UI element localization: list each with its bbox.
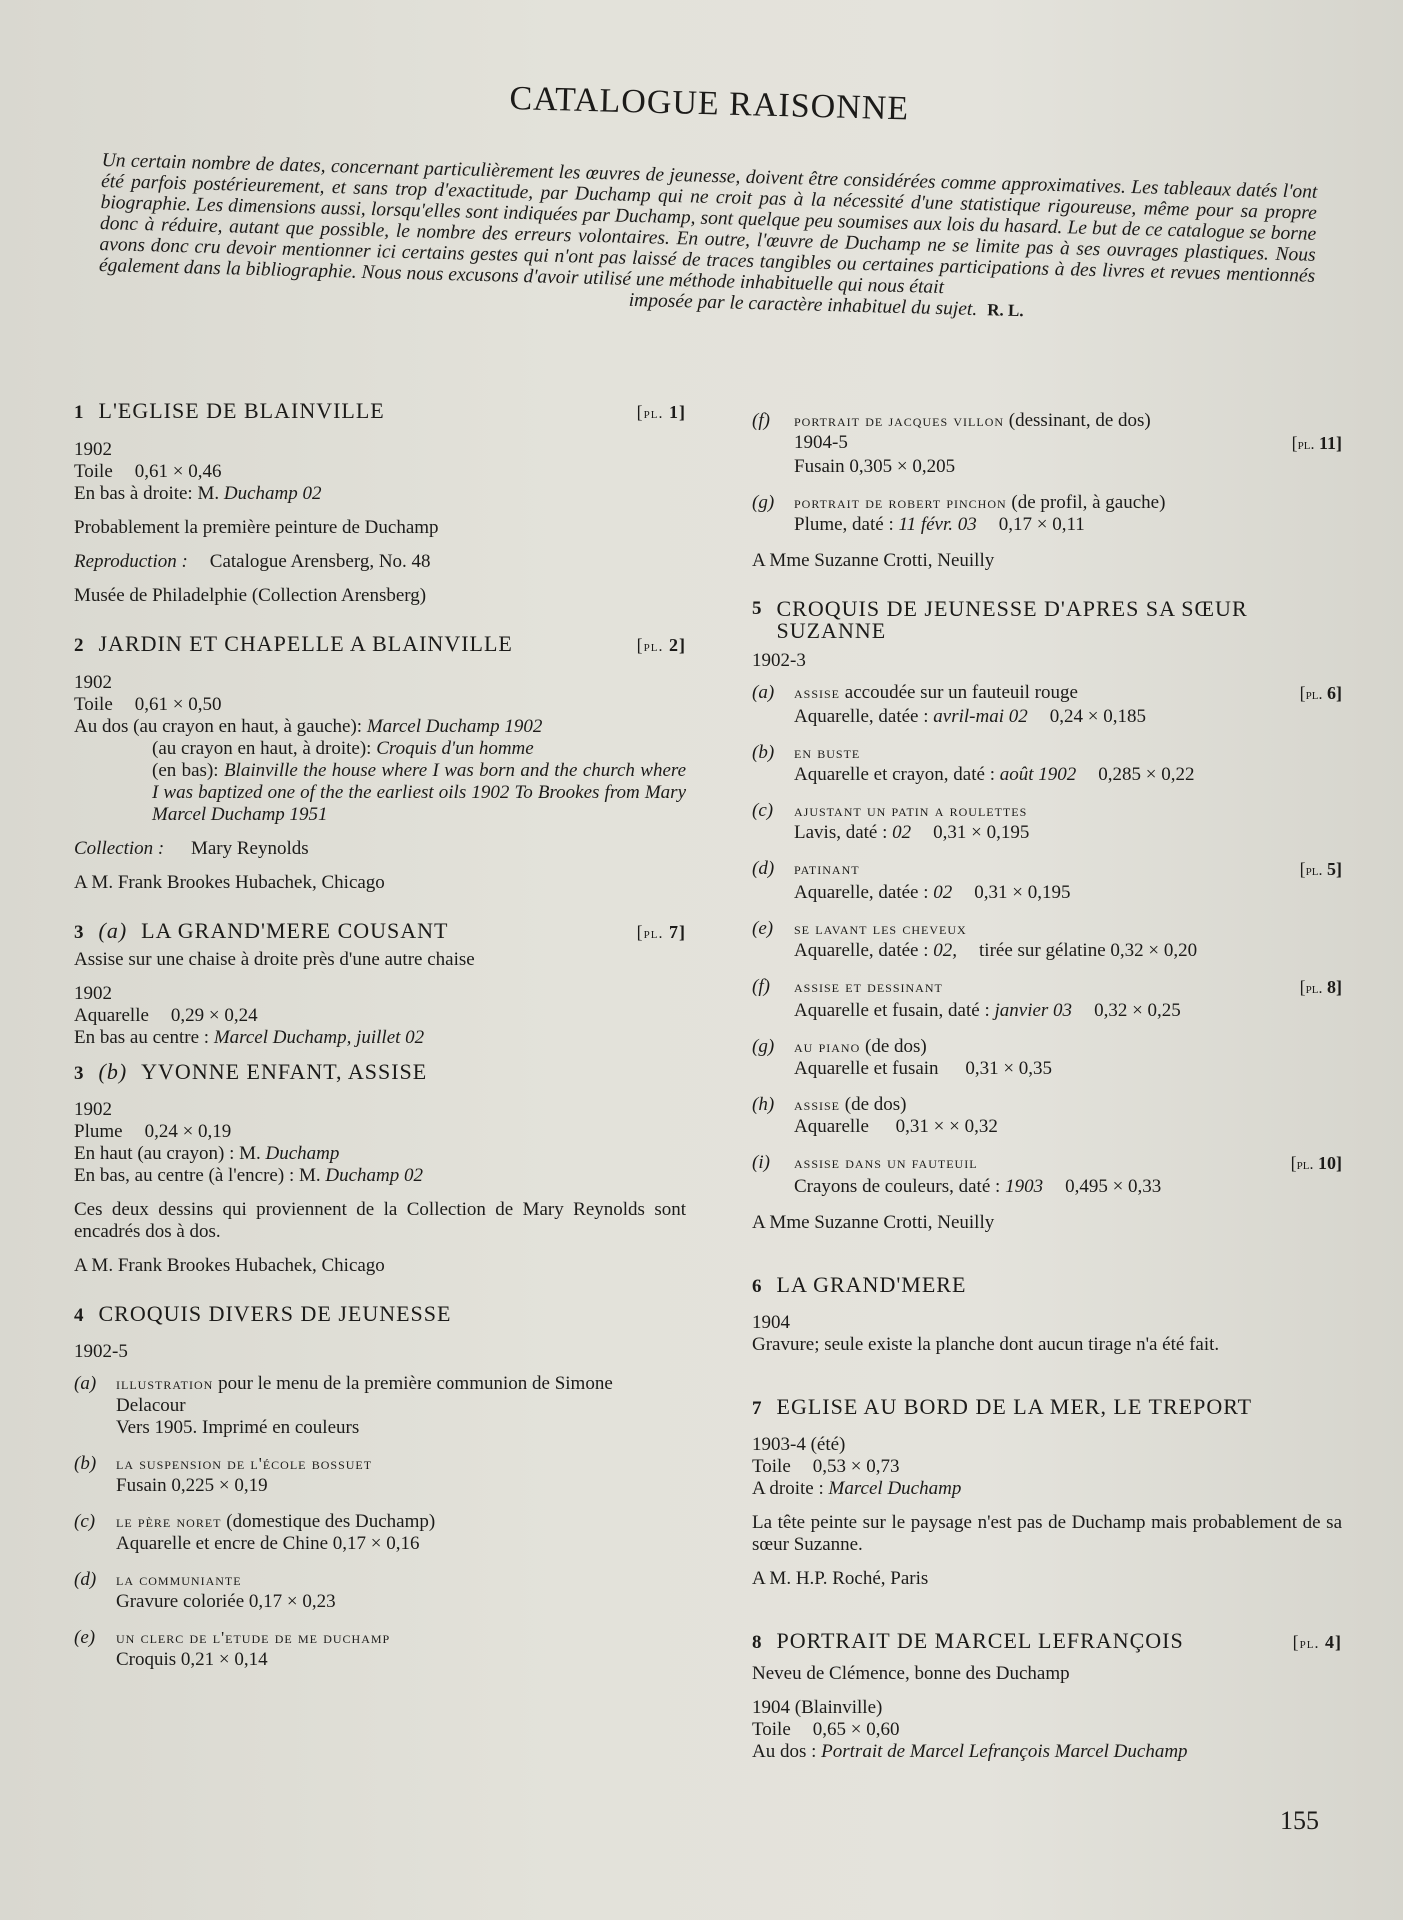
entry-title: YVONNE ENFANT, ASSISE <box>141 1059 427 1084</box>
entry-dimensions: 0,53 × 0,73 <box>813 1456 900 1477</box>
entry-inscription: Au dos : Portrait de Marcel Lefrançois M… <box>752 1741 1342 1763</box>
sub-item-body: SE LAVANT LES CHEVEUX Aquarelle, datée :… <box>794 918 1342 962</box>
detail-medium: Aquarelle et fusain <box>794 1058 939 1079</box>
sub-item: (c)LE PÈRE NORET (domestique des Duchamp… <box>74 1511 686 1555</box>
sub-item-list: (a)ASSISE accoudée sur un fauteuil rouge… <box>752 682 1342 1198</box>
sub-item-body: AJUSTANT UN PATIN A ROULETTES Lavis, dat… <box>794 800 1342 844</box>
catalogue-entry-2: 2JARDIN ET CHAPELLE A BLAINVILLE [pl. 2]… <box>74 633 686 894</box>
entry-medium: Toile <box>752 1719 791 1740</box>
sub-item-label: (d) <box>74 1569 116 1613</box>
sub-item-title-text: EN BUSTE <box>794 742 860 764</box>
sub-item-body: ILLUSTRATION pour le menu de la première… <box>116 1373 686 1439</box>
plate-reference: [pl. 5] <box>1300 858 1342 882</box>
detail-medium: Aquarelle, datée : <box>794 706 929 727</box>
entry-inscription: En bas, au centre (à l'encre) : M. Ducha… <box>74 1165 686 1187</box>
detail-medium: Plume, daté : <box>794 514 894 535</box>
sub-item-label: (g) <box>752 1036 794 1080</box>
entry-owner: A M. H.P. Roché, Paris <box>752 1568 1342 1590</box>
sub-item-title-caps: ASSISE DANS UN FAUTEUIL <box>794 1153 978 1172</box>
entry-date: 1903-4 (été) <box>752 1434 1342 1456</box>
entry-inscription: En bas au centre : Marcel Duchamp, juill… <box>74 1027 686 1049</box>
sub-item-title-rest: accoudée sur un fauteuil rouge <box>845 682 1078 703</box>
sub-item-body: LE PÈRE NORET (domestique des Duchamp)Aq… <box>116 1511 686 1555</box>
sub-item-title-caps: PORTRAIT DE JACQUES VILLON <box>794 411 1004 430</box>
entry-owner: A M. Frank Brookes Hubachek, Chicago <box>74 872 686 894</box>
sub-item-label: (e) <box>752 918 794 962</box>
catalogue-entry-6: 6LA GRAND'MERE 1904 Gravure; seule exist… <box>752 1274 1342 1356</box>
sub-item-title-caps: ASSISE <box>794 1095 840 1114</box>
catalogue-entry-3a: 3(a)LA GRAND'MERE COUSANT [pl. 7] Assise… <box>74 920 686 1049</box>
sub-item-title: LE PÈRE NORET (domestique des Duchamp) <box>116 1511 686 1533</box>
entry-title: CROQUIS DE JEUNESSE D'APRES SA SŒUR SUZA… <box>777 598 1343 642</box>
plate-label: pl. <box>1306 686 1323 703</box>
entry-number: 3 <box>74 922 85 943</box>
catalogue-entry-8: 8PORTRAIT DE MARCEL LEFRANÇOIS [pl. 4] N… <box>752 1630 1342 1763</box>
sub-item-body: LA SUSPENSION DE L'ÉCOLE BOSSUET Fusain … <box>116 1453 686 1497</box>
sub-item: (d)LA COMMUNIANTE Gravure coloriée 0,17 … <box>74 1569 686 1613</box>
sub-item-title-text: ASSISE (de dos) <box>794 1094 907 1116</box>
detail-dimensions: 0,24 × 0,185 <box>1050 706 1146 727</box>
entry-number: 8 <box>752 1632 763 1653</box>
entry-date: 1902 <box>74 672 686 694</box>
sub-item-detail: Aquarelle et fusain 0,31 × 0,35 <box>794 1058 1342 1080</box>
sub-item-title-rest: (de dos) <box>845 1094 907 1115</box>
entry-dimensions: 0,24 × 0,19 <box>145 1121 232 1142</box>
sub-item-detail: Aquarelle, datée : 020,31 × 0,195 <box>794 882 1342 904</box>
sub-item: (f)ASSISE ET DESSINANT [pl. 8]Aquarelle … <box>752 976 1342 1022</box>
detail-date: 11 févr. 03 <box>898 514 976 535</box>
plate-label: pl. <box>1297 1156 1314 1173</box>
entry-date: 1904 <box>752 1312 1342 1334</box>
sub-item: (f)PORTRAIT DE JACQUES VILLON (dessinant… <box>752 410 1342 478</box>
detail-medium: Crayons de couleurs, daté : <box>794 1176 1000 1197</box>
entry-date: 1902-5 <box>74 1341 686 1363</box>
plate-reference: [pl. 6] <box>1300 682 1342 706</box>
detail-date: 1903 <box>1005 1176 1043 1197</box>
sub-item-detail: Aquarelle et fusain, daté : janvier 030,… <box>794 1000 1342 1022</box>
sub-item-title-caps: SE LAVANT LES CHEVEUX <box>794 919 967 938</box>
entry-title: JARDIN ET CHAPELLE A BLAINVILLE <box>99 631 513 656</box>
sub-item-label: (c) <box>752 800 794 844</box>
sub-item-title-text: ASSISE ET DESSINANT <box>794 976 943 1000</box>
sub-item: (c)AJUSTANT UN PATIN A ROULETTES Lavis, … <box>752 800 1342 844</box>
detail-dimensions: 0,17 × 0,11 <box>999 514 1085 535</box>
entry-inscription: En bas à droite: M. Duchamp 02 <box>74 483 686 505</box>
sub-item-body: PORTRAIT DE ROBERT PINCHON (de profil, à… <box>794 492 1342 536</box>
entry-title: PORTRAIT DE MARCEL LEFRANÇOIS <box>777 1628 1184 1653</box>
detail-dimensions: 0,31 × 0,195 <box>974 882 1070 903</box>
entry-reproduction: Reproduction :Catalogue Arensberg, No. 4… <box>74 551 686 573</box>
sub-item-title-text: AU PIANO (de dos) <box>794 1036 927 1058</box>
entry-dimensions: 0,61 × 0,46 <box>135 461 222 482</box>
entry-title: LA GRAND'MERE <box>777 1272 967 1297</box>
sub-item-label: (h) <box>752 1094 794 1138</box>
sub-item-body: AU PIANO (de dos)Aquarelle et fusain 0,3… <box>794 1036 1342 1080</box>
sub-item-title-caps: LA SUSPENSION DE L'ÉCOLE BOSSUET <box>116 1454 372 1473</box>
entry-medium: Toile <box>74 461 113 482</box>
entry-medium: Plume <box>74 1121 123 1142</box>
sub-item-body: UN CLERC DE L'ETUDE DE Me DUCHAMP Croqui… <box>116 1627 686 1671</box>
sub-item-body: PORTRAIT DE JACQUES VILLON (dessinant, d… <box>794 410 1342 478</box>
sub-item-title-rest: (de dos) <box>865 1036 927 1057</box>
entry-number: 1 <box>74 402 85 423</box>
sub-item-date-row: 1904-5[pl. 11] <box>794 432 1342 456</box>
detail-date: 02, <box>933 940 957 961</box>
sub-item-title-caps: ASSISE <box>794 683 840 702</box>
sub-item: (h)ASSISE (de dos)Aquarelle 0,31 × × 0,3… <box>752 1094 1342 1138</box>
sub-item-title: PATINANT [pl. 5] <box>794 858 1342 882</box>
detail-date: 02 <box>892 822 911 843</box>
detail-date: août 1902 <box>1000 764 1077 785</box>
sub-item-label: (g) <box>752 492 794 536</box>
entry-note: Gravure; seule existe la planche dont au… <box>752 1334 1342 1356</box>
entry-back-inscription: Au dos (au crayon en haut, à gauche): Ma… <box>74 716 686 826</box>
plate-number: 8] <box>1327 977 1342 997</box>
catalogue-entry-7: 7EGLISE AU BORD DE LA MER, LE TREPORT 19… <box>752 1396 1342 1590</box>
sub-item-detail: Fusain 0,305 × 0,205 <box>794 456 1342 478</box>
sub-item-title-caps: LE PÈRE NORET <box>116 1512 222 1531</box>
sub-item-title-rest: (dessinant, de dos) <box>1009 410 1151 431</box>
plate-number: 10] <box>1318 1153 1342 1173</box>
plate-number: 5] <box>1327 859 1342 879</box>
intro-signature: R. L. <box>987 300 1024 320</box>
sub-item-date: 1904-5 <box>794 432 848 456</box>
sub-item-detail: Aquarelle et encre de Chine 0,17 × 0,16 <box>116 1533 686 1555</box>
catalogue-entry-5: 5CROQUIS DE JEUNESSE D'APRES SA SŒUR SUZ… <box>752 598 1342 1234</box>
sub-item-title-caps: ILLUSTRATION <box>116 1374 213 1393</box>
entry-description: Assise sur une chaise à droite près d'un… <box>74 949 686 971</box>
plate-reference: [pl. 2] <box>637 634 686 658</box>
sub-item-title-caps: PATINANT <box>794 859 860 878</box>
entry-title: CROQUIS DIVERS DE JEUNESSE <box>99 1301 452 1326</box>
entry-date: 1902-3 <box>752 650 1342 672</box>
detail-dimensions: 0,31 × 0,35 <box>965 1058 1052 1079</box>
plate-number: 6] <box>1327 683 1342 703</box>
sub-item-title-caps: EN BUSTE <box>794 743 860 762</box>
sub-item: (b)EN BUSTE Aquarelle et crayon, daté : … <box>752 742 1342 786</box>
left-column: 1L'EGLISE DE BLAINVILLE [pl. 1] 1902 Toi… <box>74 400 686 1697</box>
detail-date: janvier 03 <box>994 1000 1072 1021</box>
sub-item-body: ASSISE accoudée sur un fauteuil rouge[pl… <box>794 682 1342 728</box>
entry-owner: A M. Frank Brookes Hubachek, Chicago <box>74 1255 686 1277</box>
sub-item-title-caps: AU PIANO <box>794 1037 860 1056</box>
entry-date: 1904 (Blainville) <box>752 1697 1342 1719</box>
sub-item-detail: Gravure coloriée 0,17 × 0,23 <box>116 1591 686 1613</box>
detail-medium: Aquarelle, datée : <box>794 940 929 961</box>
sub-item: (e)SE LAVANT LES CHEVEUX Aquarelle, daté… <box>752 918 1342 962</box>
plate-label: pl. <box>1306 980 1323 997</box>
sub-item: (i)ASSISE DANS UN FAUTEUIL [pl. 10]Crayo… <box>752 1152 1342 1198</box>
plate-reference: [pl. 7] <box>637 921 686 945</box>
page-title: CATALOGUE RAISONNE <box>509 80 910 128</box>
entry-number: 7 <box>752 1398 763 1419</box>
sub-item-title: SE LAVANT LES CHEVEUX <box>794 918 1342 940</box>
sub-item-detail: Croquis 0,21 × 0,14 <box>116 1649 686 1671</box>
sub-item-title: UN CLERC DE L'ETUDE DE Me DUCHAMP <box>116 1627 686 1649</box>
sub-item: (a)ASSISE accoudée sur un fauteuil rouge… <box>752 682 1342 728</box>
entry-note: Ces deux dessins qui proviennent de la C… <box>74 1199 686 1243</box>
detail-dimensions: 0,285 × 0,22 <box>1098 764 1194 785</box>
sub-item-title-rest: (domestique des Duchamp) <box>226 1511 435 1532</box>
sub-item-title-text: ASSISE DANS UN FAUTEUIL <box>794 1152 978 1176</box>
sub-item-body: EN BUSTE Aquarelle et crayon, daté : aoû… <box>794 742 1342 786</box>
sub-item: (g)AU PIANO (de dos)Aquarelle et fusain … <box>752 1036 1342 1080</box>
detail-medium: Aquarelle et crayon, daté : <box>794 764 995 785</box>
entry-date: 1902 <box>74 439 686 461</box>
sub-item: (g)PORTRAIT DE ROBERT PINCHON (de profil… <box>752 492 1342 536</box>
detail-medium: Aquarelle et fusain, daté : <box>794 1000 990 1021</box>
right-column: (f)PORTRAIT DE JACQUES VILLON (dessinant… <box>752 410 1342 1789</box>
plate-reference: [pl. 4] <box>1293 1631 1342 1655</box>
sub-item-title-text: AJUSTANT UN PATIN A ROULETTES <box>794 800 1027 822</box>
intro-text: Un certain nombre de dates, concernant p… <box>99 150 1318 298</box>
sub-item-label: (e) <box>74 1627 116 1671</box>
detail-date: avril-mai 02 <box>933 706 1027 727</box>
page-number: 155 <box>1280 1806 1319 1836</box>
entry-owner: A Mme Suzanne Crotti, Neuilly <box>752 1212 1342 1234</box>
entry-dimensions: 0,29 × 0,24 <box>171 1005 258 1026</box>
sub-item-title-caps: ASSISE ET DESSINANT <box>794 977 943 996</box>
entry-dimensions: 0,61 × 0,50 <box>135 694 222 715</box>
entry-inscription: En haut (au crayon) : M. Duchamp <box>74 1143 686 1165</box>
plate-reference: [pl. 1] <box>637 401 686 425</box>
entry-medium: Aquarelle <box>74 1005 149 1026</box>
sub-item-title: AU PIANO (de dos) <box>794 1036 1342 1058</box>
plate-reference: [pl. 8] <box>1300 976 1342 1000</box>
detail-date: 02 <box>933 882 952 903</box>
entry-note: La tête peinte sur le paysage n'est pas … <box>752 1512 1342 1556</box>
plate-reference: [pl. 10] <box>1291 1152 1342 1176</box>
entry-title: EGLISE AU BORD DE LA MER, LE TREPORT <box>777 1394 1253 1419</box>
entry-owner: A Mme Suzanne Crotti, Neuilly <box>752 550 1342 572</box>
sub-item-list: (a)ILLUSTRATION pour le menu de la premi… <box>74 1373 686 1671</box>
plate-reference: [pl. 11] <box>1292 432 1342 456</box>
sub-item-title: ASSISE (de dos) <box>794 1094 1342 1116</box>
sub-item-label: (d) <box>752 858 794 904</box>
detail-dimensions: 0,31 × 0,195 <box>933 822 1029 843</box>
entry-medium: Toile <box>74 694 113 715</box>
sub-item-body: ASSISE (de dos)Aquarelle 0,31 × × 0,32 <box>794 1094 1342 1138</box>
catalogue-entry-3b: 3(b)YVONNE ENFANT, ASSISE 1902 Plume0,24… <box>74 1061 686 1277</box>
sub-item-title: PORTRAIT DE ROBERT PINCHON (de profil, à… <box>794 492 1342 514</box>
sub-item-detail: Crayons de couleurs, daté : 19030,495 × … <box>794 1176 1342 1198</box>
entry-inscription: A droite : Marcel Duchamp <box>752 1478 1342 1500</box>
sub-item-title: PORTRAIT DE JACQUES VILLON (dessinant, d… <box>794 410 1342 432</box>
sub-item-title-text: ASSISE accoudée sur un fauteuil rouge <box>794 682 1078 706</box>
detail-dimensions: 0,495 × 0,33 <box>1065 1176 1161 1197</box>
sub-item-title-caps: PORTRAIT DE ROBERT PINCHON <box>794 493 1007 512</box>
intro-paragraph: Un certain nombre de dates, concernant p… <box>98 150 1317 329</box>
sub-item: (d)PATINANT [pl. 5]Aquarelle, datée : 02… <box>752 858 1342 904</box>
sub-item-detail: Aquarelle, datée : avril-mai 020,24 × 0,… <box>794 706 1342 728</box>
detail-dimensions: 0,31 × × 0,32 <box>896 1116 998 1137</box>
catalogue-entry-1: 1L'EGLISE DE BLAINVILLE [pl. 1] 1902 Toi… <box>74 400 686 607</box>
sub-item-title-caps: AJUSTANT UN PATIN A ROULETTES <box>794 801 1027 820</box>
sub-item: (e)UN CLERC DE L'ETUDE DE Me DUCHAMP Cro… <box>74 1627 686 1671</box>
entry-number: 3 <box>74 1063 85 1084</box>
plate-label: pl. <box>1306 862 1323 879</box>
entry-title: L'EGLISE DE BLAINVILLE <box>99 398 385 423</box>
sub-item: (a)ILLUSTRATION pour le menu de la premi… <box>74 1373 686 1439</box>
sub-item-label: (i) <box>752 1152 794 1198</box>
sub-item-body: ASSISE DANS UN FAUTEUIL [pl. 10]Crayons … <box>794 1152 1342 1198</box>
sub-item-detail: Lavis, daté : 020,31 × 0,195 <box>794 822 1342 844</box>
sub-item-title: ASSISE DANS UN FAUTEUIL [pl. 10] <box>794 1152 1342 1176</box>
sub-item-title: LA SUSPENSION DE L'ÉCOLE BOSSUET <box>116 1453 686 1475</box>
entry-date: 1902 <box>74 1099 686 1121</box>
entry-owner: Musée de Philadelphie (Collection Arensb… <box>74 585 686 607</box>
entry-note: Probablement la première peinture de Duc… <box>74 517 686 539</box>
sub-item-title-rest: (de profil, à gauche) <box>1011 492 1165 513</box>
detail-dimensions: tirée sur gélatine 0,32 × 0,20 <box>979 940 1197 961</box>
entry-dimensions: 0,65 × 0,60 <box>813 1719 900 1740</box>
sub-item-title: EN BUSTE <box>794 742 1342 764</box>
sub-item-label: (f) <box>752 976 794 1022</box>
entry-title: LA GRAND'MERE COUSANT <box>141 918 448 943</box>
sub-item-label: (f) <box>752 410 794 478</box>
detail-medium: Aquarelle <box>794 1116 869 1137</box>
sub-item-label: (c) <box>74 1511 116 1555</box>
sub-item-title: LA COMMUNIANTE <box>116 1569 686 1591</box>
sub-item-detail: Fusain 0,225 × 0,19 <box>116 1475 686 1497</box>
sub-item-label: (b) <box>74 1453 116 1497</box>
sub-item-title: ILLUSTRATION pour le menu de la première… <box>116 1373 686 1417</box>
entry-number: 2 <box>74 635 85 656</box>
sub-item-title-caps: UN CLERC DE L'ETUDE DE Me DUCHAMP <box>116 1628 390 1647</box>
detail-medium: Lavis, daté : <box>794 822 887 843</box>
sub-item-label: (a) <box>752 682 794 728</box>
entry-collection: Collection : Mary Reynolds <box>74 838 686 860</box>
detail-medium: Aquarelle, datée : <box>794 882 929 903</box>
book-page: CATALOGUE RAISONNE Un certain nombre de … <box>0 0 1403 1920</box>
plate-number: 11] <box>1319 433 1342 453</box>
sub-item-detail: Aquarelle et crayon, daté : août 19020,2… <box>794 764 1342 786</box>
sub-item-label: (a) <box>74 1373 116 1439</box>
sub-item-title: AJUSTANT UN PATIN A ROULETTES <box>794 800 1342 822</box>
sub-item-body: ASSISE ET DESSINANT [pl. 8]Aquarelle et … <box>794 976 1342 1022</box>
sub-item-title: ASSISE ET DESSINANT [pl. 8] <box>794 976 1342 1000</box>
sub-item-detail: Plume, daté : 11 févr. 030,17 × 0,11 <box>794 514 1342 536</box>
entry-date: 1902 <box>74 983 686 1005</box>
sub-item-body: PATINANT [pl. 5]Aquarelle, datée : 020,3… <box>794 858 1342 904</box>
sub-item-title: ASSISE accoudée sur un fauteuil rouge[pl… <box>794 682 1342 706</box>
sub-item-title-caps: LA COMMUNIANTE <box>116 1570 242 1589</box>
entry-description: Neveu de Clémence, bonne des Duchamp <box>752 1663 1342 1685</box>
detail-dimensions: 0,32 × 0,25 <box>1094 1000 1181 1021</box>
catalogue-entry-4-continued: (f)PORTRAIT DE JACQUES VILLON (dessinant… <box>752 410 1342 572</box>
sub-item-label: (b) <box>752 742 794 786</box>
sub-item-detail: Aquarelle 0,31 × × 0,32 <box>794 1116 1342 1138</box>
catalogue-entry-4: 4CROQUIS DIVERS DE JEUNESSE 1902-5 (a)IL… <box>74 1303 686 1671</box>
entry-number: 4 <box>74 1305 85 1326</box>
sub-item-list: (f)PORTRAIT DE JACQUES VILLON (dessinant… <box>752 410 1342 536</box>
entry-medium: Toile <box>752 1456 791 1477</box>
sub-item-title-text: PATINANT <box>794 858 860 882</box>
sub-item-detail: Aquarelle, datée : 02,tirée sur gélatine… <box>794 940 1342 962</box>
sub-item-title-text: SE LAVANT LES CHEVEUX <box>794 918 967 940</box>
sub-item-detail: Vers 1905. Imprimé en couleurs <box>116 1417 686 1439</box>
entry-number: 5 <box>752 598 763 642</box>
entry-number: 6 <box>752 1276 763 1297</box>
plate-label: pl. <box>1298 436 1315 453</box>
sub-item-body: LA COMMUNIANTE Gravure coloriée 0,17 × 0… <box>116 1569 686 1613</box>
sub-item: (b)LA SUSPENSION DE L'ÉCOLE BOSSUET Fusa… <box>74 1453 686 1497</box>
